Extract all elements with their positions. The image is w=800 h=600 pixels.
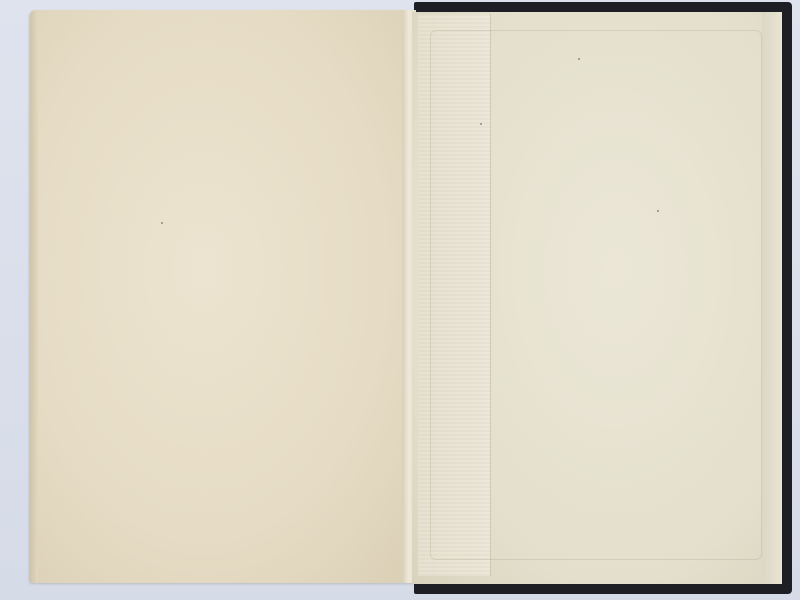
paper-speck bbox=[657, 210, 659, 212]
board-impression bbox=[430, 30, 762, 560]
paper-speck bbox=[161, 222, 163, 224]
paper-speck bbox=[578, 58, 580, 60]
left-endpaper bbox=[30, 10, 416, 583]
right-turn-in bbox=[762, 12, 782, 584]
paper-speck bbox=[480, 123, 482, 125]
